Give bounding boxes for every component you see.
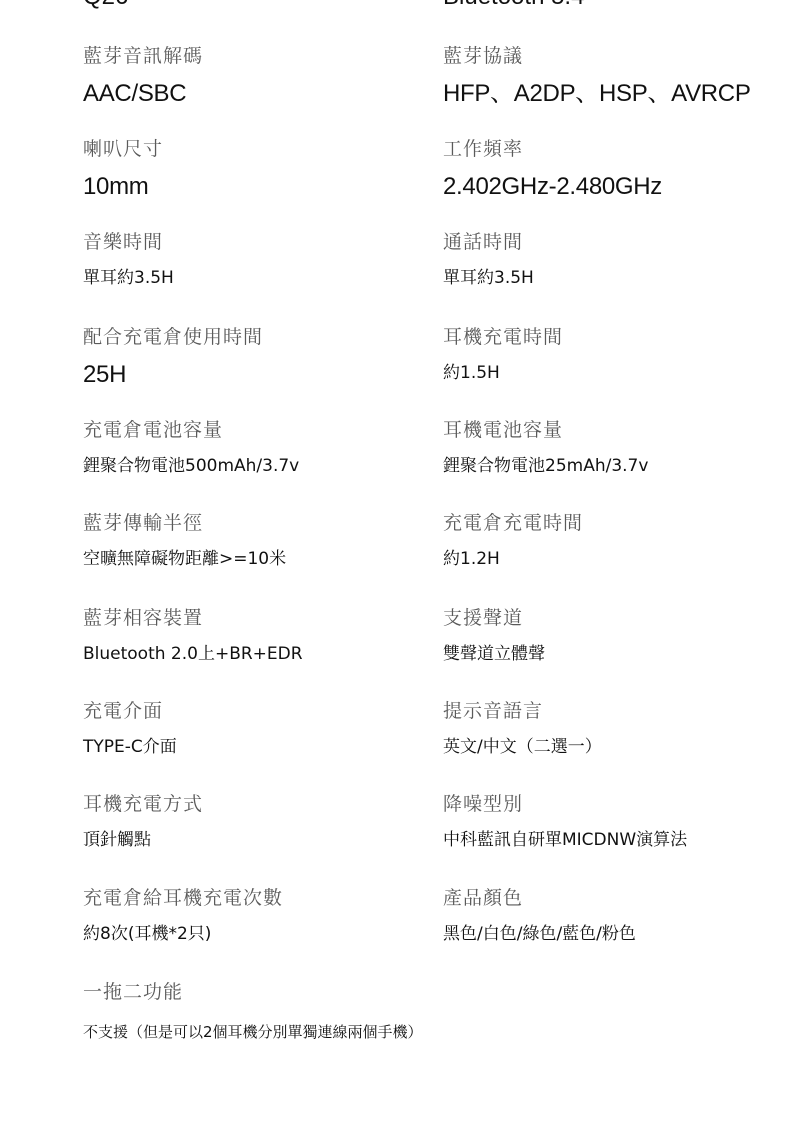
spec-value: 中科藍訊自研單MICDNW演算法: [443, 829, 783, 851]
spec-value: 單耳約3.5H: [83, 267, 423, 289]
spec-value: TYPE-C介面: [83, 736, 423, 758]
spec-value: AAC/SBC: [83, 80, 423, 108]
spec-value: 10mm: [83, 173, 423, 201]
spec-earbud-charge-time: 耳機充電時間 約1.5H: [443, 326, 783, 384]
spec-label: 充電倉給耳機充電次數: [83, 887, 423, 909]
spec-value: 2.402GHz-2.480GHz: [443, 173, 783, 201]
spec-bluetooth-range: 藍芽傳輸半徑 空曠無障礙物距離>=10米: [83, 512, 423, 570]
spec-value: Bluetooth 2.0上+BR+EDR: [83, 643, 423, 665]
spec-talk-time: 通話時間 單耳約3.5H: [443, 231, 783, 289]
spec-earbud-battery: 耳機電池容量 鋰聚合物電池25mAh/3.7v: [443, 419, 783, 477]
spec-music-time: 音樂時間 單耳約3.5H: [83, 231, 423, 289]
spec-value: 單耳約3.5H: [443, 267, 783, 289]
spec-value: 頂針觸點: [83, 829, 423, 851]
spec-label: 產品顏色: [443, 887, 783, 909]
spec-label: 通話時間: [443, 231, 783, 253]
spec-value: 不支援（但是可以2個耳機分別單獨連線兩個手機）: [83, 1021, 723, 1043]
spec-label: 藍芽相容裝置: [83, 607, 423, 629]
spec-earbud-charging-method: 耳機充電方式 頂針觸點: [83, 793, 423, 851]
spec-label: 充電倉充電時間: [443, 512, 783, 534]
spec-bluetooth-protocol: 藍芽協議 HFP、A2DP、HSP、AVRCP: [443, 45, 783, 108]
spec-label: 藍芽音訊解碼: [83, 45, 423, 67]
spec-label: 工作頻率: [443, 138, 783, 160]
spec-value: 25H: [83, 361, 423, 389]
spec-frequency: 工作頻率 2.402GHz-2.480GHz: [443, 138, 783, 201]
spec-case-charge-time: 充電倉充電時間 約1.2H: [443, 512, 783, 570]
spec-value: 黑色/白色/綠色/藍色/粉色: [443, 923, 783, 945]
spec-case-battery: 充電倉電池容量 鋰聚合物電池500mAh/3.7v: [83, 419, 423, 477]
bluetooth-version-value: Bluetooth 5.4: [443, 0, 584, 11]
spec-label: 充電倉電池容量: [83, 419, 423, 441]
spec-label: 音樂時間: [83, 231, 423, 253]
spec-value: 鋰聚合物電池25mAh/3.7v: [443, 455, 783, 477]
spec-value: 雙聲道立體聲: [443, 643, 783, 665]
spec-value: HFP、A2DP、HSP、AVRCP: [443, 80, 783, 108]
spec-prompt-language: 提示音語言 英文/中文（二選一）: [443, 700, 783, 758]
spec-product-colors: 產品顏色 黑色/白色/綠色/藍色/粉色: [443, 887, 783, 945]
spec-charging-port: 充電介面 TYPE-C介面: [83, 700, 423, 758]
spec-value: 英文/中文（二選一）: [443, 736, 783, 758]
spec-value: 約1.5H: [443, 362, 783, 384]
spec-label: 耳機充電時間: [443, 326, 783, 348]
spec-compatible-devices: 藍芽相容裝置 Bluetooth 2.0上+BR+EDR: [83, 607, 423, 665]
spec-label: 一拖二功能: [83, 981, 723, 1003]
spec-audio-channels: 支援聲道 雙聲道立體聲: [443, 607, 783, 665]
spec-label: 耳機充電方式: [83, 793, 423, 815]
spec-label: 提示音語言: [443, 700, 783, 722]
spec-case-charge-cycles: 充電倉給耳機充電次數 約8次(耳機*2只): [83, 887, 423, 945]
spec-dual-connection: 一拖二功能 不支援（但是可以2個耳機分別單獨連線兩個手機）: [83, 981, 723, 1043]
spec-label: 耳機電池容量: [443, 419, 783, 441]
spec-label: 喇叭尺寸: [83, 138, 423, 160]
spec-label: 藍芽協議: [443, 45, 783, 67]
spec-value: 鋰聚合物電池500mAh/3.7v: [83, 455, 423, 477]
spec-label: 支援聲道: [443, 607, 783, 629]
spec-speaker-size: 喇叭尺寸 10mm: [83, 138, 423, 201]
spec-label: 藍芽傳輸半徑: [83, 512, 423, 534]
spec-value: 約8次(耳機*2只): [83, 923, 423, 945]
model-value: Q26: [83, 0, 128, 11]
spec-value: 約1.2H: [443, 548, 783, 570]
spec-noise-reduction: 降噪型別 中科藍訊自研單MICDNW演算法: [443, 793, 783, 851]
spec-total-time-with-case: 配合充電倉使用時間 25H: [83, 326, 423, 389]
spec-label: 配合充電倉使用時間: [83, 326, 423, 348]
spec-label: 充電介面: [83, 700, 423, 722]
spec-audio-codec: 藍芽音訊解碼 AAC/SBC: [83, 45, 423, 108]
spec-label: 降噪型別: [443, 793, 783, 815]
spec-value: 空曠無障礙物距離>=10米: [83, 548, 423, 570]
